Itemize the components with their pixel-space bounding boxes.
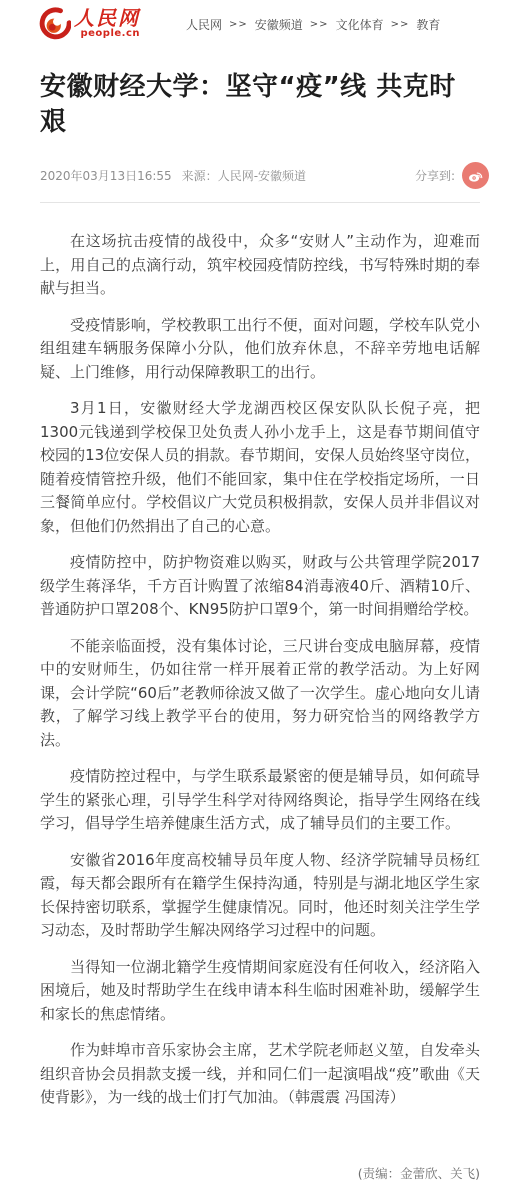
article-paragraph: 疫情防控中，防护物资难以购买，财政与公共管理学院2017级学生蒋泽华，千方百计购… (40, 551, 480, 622)
meta-divider (40, 202, 480, 203)
weibo-share-icon[interactable] (462, 162, 489, 189)
article-page: 安徽财经大学：坚守“疫”线 共克时艰 2020年03月13日16:55 来源： … (0, 70, 516, 1198)
breadcrumb-item-1[interactable]: 安徽频道 (255, 16, 303, 33)
editor-note: (责编：金蕾欣、关飞) (40, 1164, 480, 1198)
share-bar: 分享到: (415, 162, 480, 189)
article-paragraph: 当得知一位湖北籍学生疫情期间家庭没有任何收入，经济陷入困境后，她及时帮助学生在线… (40, 956, 480, 1027)
breadcrumb-item-0[interactable]: 人民网 (186, 16, 222, 33)
article-paragraph: 作为蚌埠市音乐家协会主席，艺术学院老师赵义堃，自发牵头组织音协会员捐款支援一线，… (40, 1039, 480, 1110)
breadcrumb-item-2[interactable]: 文化体育 (336, 16, 384, 33)
article-paragraph: 安徽省2016年度高校辅导员年度人物、经济学院辅导员杨红霞，每天都会跟所有在籍学… (40, 849, 480, 943)
people-cn-logo[interactable]: 人民网 people.cn (38, 7, 140, 40)
article-meta: 2020年03月13日16:55 来源： 人民网-安徽频道 分享到: (40, 162, 480, 189)
article-paragraph: 疫情防控过程中，与学生联系最紧密的便是辅导员，如何疏导学生的紧张心理，引导学生科… (40, 765, 480, 836)
site-header: 人民网 people.cn 人民网>>安徽频道>>文化体育>>教育 (0, 0, 516, 54)
logo-brand-en: people.cn (74, 29, 140, 39)
breadcrumb: 人民网>>安徽频道>>文化体育>>教育 (186, 16, 440, 33)
article-paragraph: 不能亲临面授，没有集体讨论，三尺讲台变成电脑屏幕，疫情中的安财师生，仍如往常一样… (40, 635, 480, 753)
article-title: 安徽财经大学：坚守“疫”线 共克时艰 (40, 70, 480, 140)
article-paragraph: 受疫情影响，学校教职工出行不便，面对问题，学校车队党小组组建车辆服务保障小分队，… (40, 314, 480, 385)
people-cn-swirl-icon (38, 7, 71, 40)
article-body: 在这场抗击疫情的战役中，众多“安财人”主动作为，迎难而上，用自己的点滴行动，筑牢… (40, 230, 480, 1110)
share-label: 分享到: (415, 167, 455, 184)
article-paragraph: 3月1日，安徽财经大学龙湖西校区保安队队长倪子亮，把1300元钱递到学校保卫处负… (40, 397, 480, 538)
breadcrumb-separator: >> (391, 19, 410, 30)
logo-brand-cn: 人民网 (74, 8, 140, 28)
breadcrumb-separator: >> (310, 19, 329, 30)
article-paragraph: 在这场抗击疫情的战役中，众多“安财人”主动作为，迎难而上，用自己的点滴行动，筑牢… (40, 230, 480, 301)
breadcrumb-item-3[interactable]: 教育 (416, 16, 440, 33)
breadcrumb-separator: >> (229, 19, 248, 30)
source-link[interactable]: 人民网-安徽频道 (218, 167, 306, 184)
source-label: 来源： (182, 167, 218, 184)
publish-date: 2020年03月13日16:55 (40, 167, 172, 184)
